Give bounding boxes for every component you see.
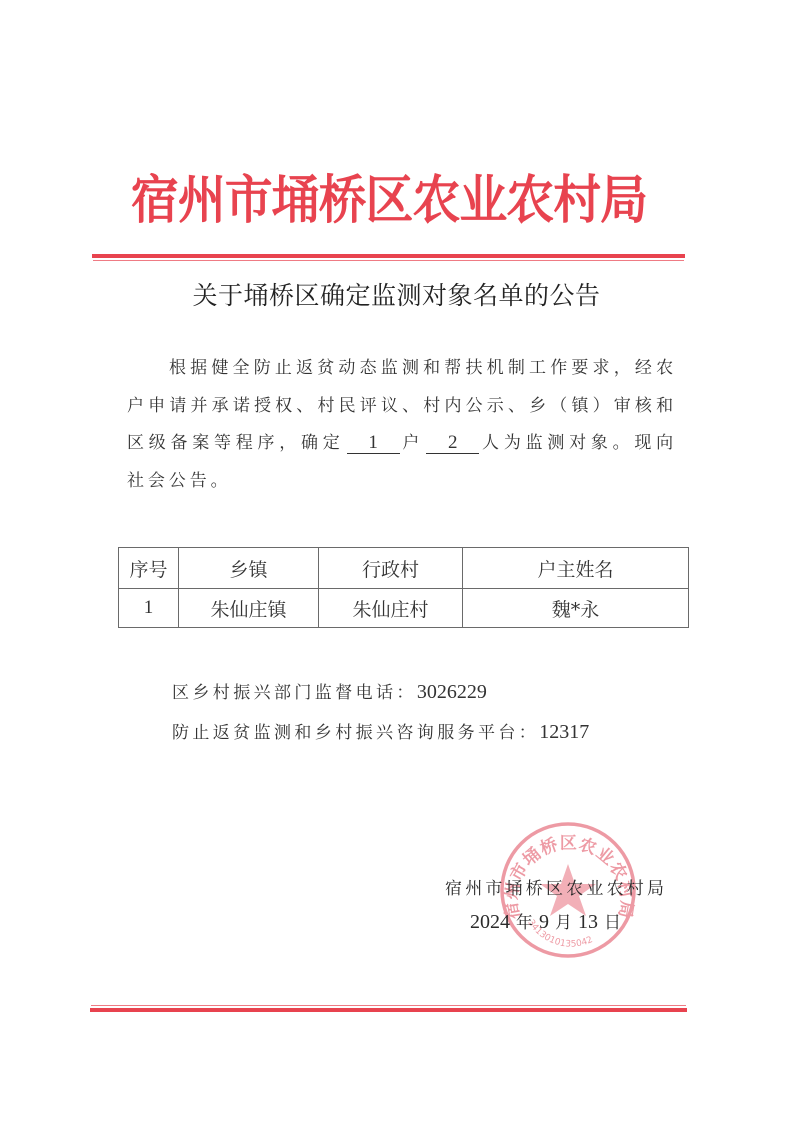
consult-platform-number: 12317 [539,721,589,743]
consult-platform-line: 防止返贫监测和乡村振兴咨询服务平台：12317 [172,720,589,745]
announcement-paragraph: 根据健全防止返贫动态监测和帮扶机制工作要求，经农户申请并承诺授权、村民评议、村内… [127,350,677,501]
monitoring-roster-table: 序号 乡镇 行政村 户主姓名 1 朱仙庄镇 朱仙庄村 魏*永 [118,547,689,628]
footer-rule-thick [90,1008,687,1012]
households-count: 1 [347,433,400,454]
persons-count: 2 [426,433,479,454]
table-row: 1 朱仙庄镇 朱仙庄村 魏*永 [119,589,689,628]
supervision-phone-number: 3026229 [417,681,487,703]
header-town: 乡镇 [179,548,319,589]
date-month-unit: 月 [555,913,572,933]
header-village: 行政村 [319,548,463,589]
letterhead-org-name: 宿州市埇桥区农业农村局 [119,164,658,238]
date-year: 2024 [470,911,510,933]
letterhead-rule-thin [93,260,684,261]
households-unit: 户 [402,433,425,453]
supervision-phone-label: 区乡村振兴部门监督电话： [172,683,417,703]
footer-rule-thin [91,1005,686,1006]
date-month: 9 [539,911,549,933]
cell-village: 朱仙庄村 [319,589,463,628]
header-no: 序号 [119,548,179,589]
table-header-row: 序号 乡镇 行政村 户主姓名 [119,548,689,589]
letterhead-rule-thick [92,254,685,258]
header-household-head: 户主姓名 [463,548,689,589]
date-day: 13 [578,911,598,933]
date-year-unit: 年 [516,913,533,933]
document-title: 关于埇桥区确定监测对象名单的公告 [0,278,793,314]
supervision-phone-line: 区乡村振兴部门监督电话：3026229 [172,680,487,705]
cell-household-head: 魏*永 [463,589,689,628]
signature-org: 宿州市埇桥区农业农村局 [445,874,667,899]
cell-town: 朱仙庄镇 [179,589,319,628]
signature-date: 2024年9月13日 [470,908,621,934]
consult-platform-label: 防止返贫监测和乡村振兴咨询服务平台： [172,723,539,743]
date-day-unit: 日 [604,913,621,933]
cell-no: 1 [119,589,179,628]
